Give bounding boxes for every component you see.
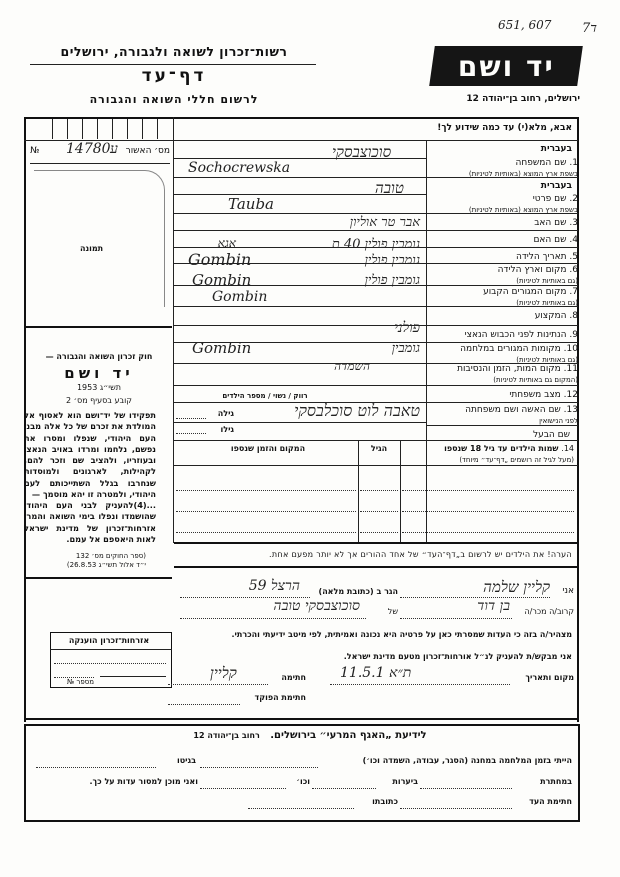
archive-code-annotation: 7ד — [582, 20, 597, 36]
law-year: תשי״ג 1953 — [26, 383, 172, 392]
footer-line2-underground: במחתרת — [540, 777, 572, 786]
citizenship-box-number: מספר № — [54, 678, 94, 686]
field-5-value[interactable]: גומבין פולין 40 ת — [300, 236, 420, 252]
relation-label: קרוב/ה מכר/ה — [524, 607, 574, 616]
signature-value[interactable]: קליין — [210, 664, 237, 683]
law-name: יד ושם — [26, 364, 172, 382]
footer-line2-testimony: ואני מוכן למסור עדות על כך. — [28, 777, 198, 786]
footer-line3-address: כתובתו — [356, 797, 398, 806]
field-11-value[interactable]: השמדה — [300, 359, 370, 374]
law-ref-1: (ספר החוקים מס׳ 132 — [26, 552, 146, 560]
citizenship-request: אני מבקש/ת להעניק לנ״ל אורחות־זכרון מטעם… — [180, 652, 572, 661]
of-label: של — [368, 607, 398, 616]
footer-title: לידיעת „האגף המרעי״ בירושלים. רחוב בן־יה… — [160, 730, 460, 741]
children-sub: (מעל לגיל זה רושמים „דף־עד״ מיוחד) — [459, 456, 574, 464]
field-12-hint: רווק / נשוי / מספר הילדים — [190, 392, 340, 400]
approval-number[interactable]: 14780 — [66, 141, 111, 157]
field-1-latin-value[interactable]: Sochocrewska — [188, 160, 290, 176]
footer-line2-etc: וכו׳ — [288, 777, 310, 786]
approval-mark: ע — [110, 141, 118, 158]
declarant-label: אני — [562, 586, 574, 596]
footer-line1-camp: הייתי בזמן המלחמה במחנה (הסגר, עבודה, הש… — [363, 756, 572, 765]
field-husband-label: שם הבעל — [533, 430, 570, 440]
approval-prefix: № — [30, 146, 39, 156]
law-text-2: ...(4)להעניק לבני העם היהודי שהושמדו ונפ… — [24, 500, 156, 545]
field-10-value[interactable]: גומבין — [340, 340, 420, 356]
photo-label: תמונה — [80, 244, 103, 253]
law-text: תפקידו של יד־ושם הוא לאסוף אל המולדת את … — [24, 410, 156, 500]
footer-line1-ghetto: בגיטו — [160, 756, 196, 765]
law-clause: קובע בסעיף מס׳ 2 — [26, 396, 172, 405]
law-ref-2: י״ד אלול תשי״ג 26.8.53) — [26, 561, 146, 569]
field-2-hebrew-label: בעברית — [432, 181, 572, 191]
address-value[interactable]: הרצל 59 — [200, 578, 300, 595]
declarant-name[interactable]: קליין שלמה — [400, 578, 550, 597]
field-10-latin-value[interactable]: Gombin — [192, 339, 251, 357]
authority-name: רשות־זכרון לשואה ולגבורה, ירושלים — [30, 44, 318, 59]
field-7-latin-overflow: Gombin — [212, 289, 267, 305]
approval-label: מס׳ האשור — [110, 146, 170, 156]
field-13-value[interactable]: טאבה לוט סוכלבסקי — [240, 401, 420, 421]
relation-value[interactable]: בן דוד — [400, 598, 510, 615]
field-1-label: 1. שם המשפחה — [516, 158, 578, 168]
signature-label: חתימה — [266, 673, 306, 682]
form-subtitle: לרשום חללי השואה והגבורה — [30, 93, 318, 106]
field-3-value[interactable]: אבר טר אוליון — [300, 214, 420, 230]
children-note: הערה! את הילדים יש לרשום ב„דף־העד״ של אח… — [180, 550, 572, 559]
declaration-statement: מצהיר/ה בזה כי העדות שמסרתי כאן על פרטיה… — [180, 630, 572, 639]
field-7-value[interactable]: גומבין פולין — [310, 272, 420, 288]
field-5-extra: אגא — [196, 236, 236, 251]
header-address: ירושלים, רחוב בן־יהודה 12 — [430, 94, 580, 104]
children-col-place: המקום והזמן שנספו — [180, 444, 356, 453]
field-9-value[interactable]: פולני — [340, 320, 420, 337]
field-husband-age-label: גילו — [210, 425, 234, 434]
form-intro: אבא, מלא(י) עד כמה שידוע לך! — [437, 123, 572, 133]
footer-line3-witness-signature: חתימת העד — [529, 797, 572, 806]
field-2-latin-value[interactable]: Tauba — [228, 195, 274, 213]
field-1-hebrew-value[interactable]: סוכוצבסקי — [332, 143, 391, 162]
footer-line2-forests: ביערות — [378, 777, 418, 786]
of-value[interactable]: סוכוצבסקי טובה — [200, 598, 360, 615]
children-label: 14. שמות הילדים עד גיל 18 שנספו — [444, 444, 574, 453]
photo-frame[interactable] — [34, 170, 165, 307]
citizenship-box-title: אזרחות־זכרון הוענקה — [52, 636, 166, 645]
field-6-latin-value[interactable]: Gombin — [188, 250, 251, 269]
field-7-latin-value[interactable]: Gombin — [192, 271, 251, 289]
yad-vashem-logo: יד ושם — [429, 46, 583, 86]
place-date-value[interactable]: ת״א 11.5.1 — [340, 665, 411, 682]
children-col-age: הגיל — [362, 444, 396, 453]
officer-signature-label: חתימת הפוקד — [240, 693, 306, 702]
field-2-hebrew-value[interactable]: טובה — [375, 179, 404, 198]
field-1-hebrew-label: בעברית — [432, 144, 572, 154]
form-title: דף־עד — [30, 66, 318, 86]
archive-number-annotation: 651, 607 — [498, 18, 551, 32]
law-title: חוק זכרון השואה והגבורה — — [26, 352, 172, 361]
address-label: הגר ב (כתובת מלאה) — [312, 587, 398, 596]
field-6-value[interactable]: גומבין פולין — [310, 252, 420, 268]
place-date-label: מקום ותאריך — [525, 673, 574, 682]
field-13-age-label: גילה — [210, 409, 234, 418]
